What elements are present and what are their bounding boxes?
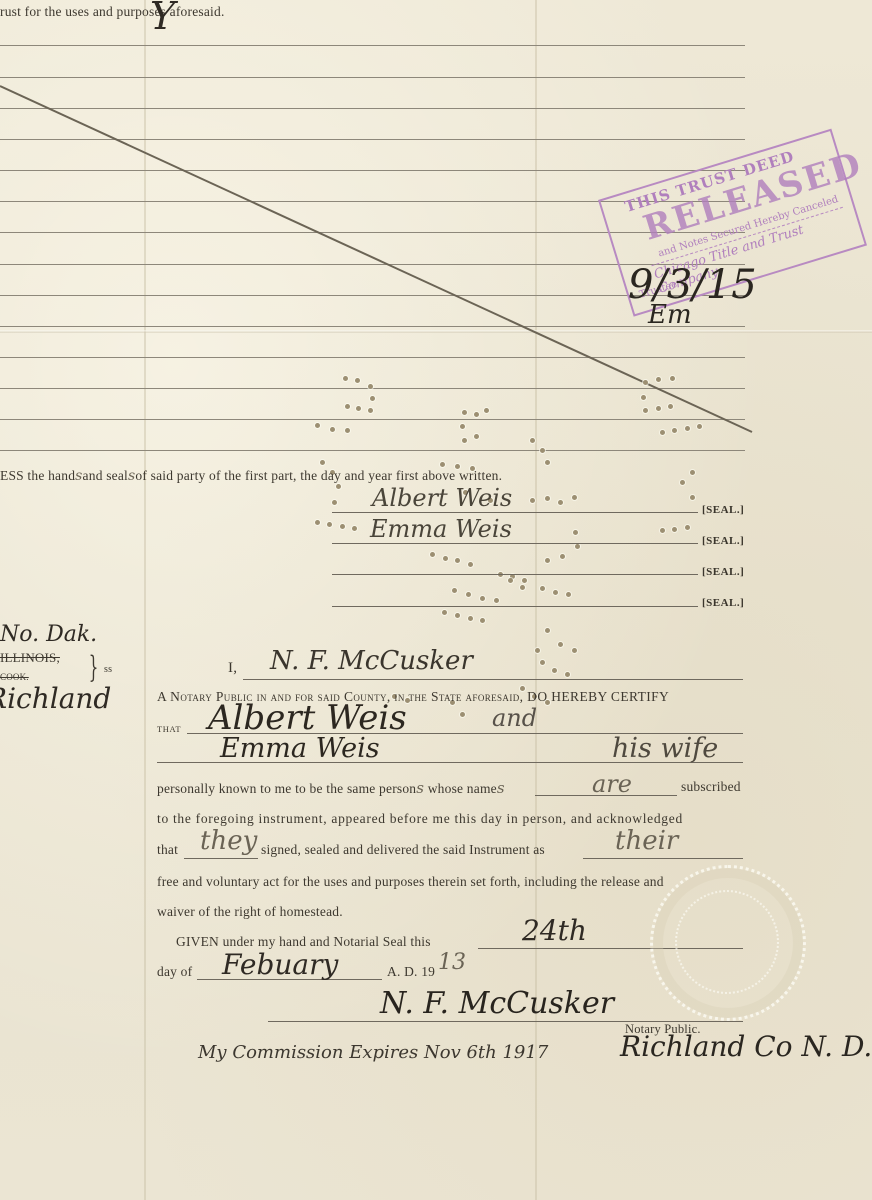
that-name-albert: Albert Weis [208, 698, 407, 738]
seal-label: [SEAL.] [702, 504, 744, 516]
seal-label: [SEAL.] [702, 535, 744, 547]
ss-label: ss [104, 664, 112, 675]
known-mark: s [497, 779, 505, 797]
given-day: 24th [522, 914, 587, 947]
that-label: THAT [157, 724, 181, 734]
stamp-handwritten-initials: Em [648, 300, 692, 330]
venue-county-printed: COOK. [0, 672, 29, 682]
waiver-line: waiver of the right of homestead. [157, 904, 343, 920]
notarial-seal-emboss-inner [675, 890, 779, 994]
notary-name-handwritten: N. F. McCusker [270, 646, 473, 676]
personally-known-line: personally known to me to be the same pe… [157, 779, 505, 797]
signature-albert-weis: Albert Weis [372, 484, 512, 512]
known-text: personally known to me to be the same pe… [157, 781, 416, 796]
known-mark: s [416, 779, 424, 797]
venue-county-handwritten: Richland [0, 682, 111, 715]
witness-text: of said party of the first part, the day… [135, 468, 502, 483]
venue-state-printed: ILLINOIS, [0, 650, 60, 666]
his-wife: his wife [612, 733, 718, 764]
signature-emma-weis: Emma Weis [370, 515, 512, 543]
venue-state-handwritten: No. Dak. [0, 622, 97, 647]
day-of-label: day of [157, 964, 192, 980]
that-lower: that [157, 842, 178, 858]
commission-location: Richland Co N. D. [620, 1030, 872, 1063]
witness-text: and seal [83, 468, 128, 483]
signed-text: signed, sealed and delivered the said In… [261, 842, 545, 858]
witness-text: ESS the hand [0, 468, 75, 483]
free-voluntary-line: free and voluntary act for the uses and … [157, 874, 664, 890]
notary-signature: N. F. McCusker [380, 986, 614, 1021]
are-fill: are [592, 770, 632, 798]
that-name-and: and [492, 704, 537, 732]
witness-clause: ESS the handsand sealsof said party of t… [0, 468, 502, 484]
subscribed-text: subscribed [681, 779, 741, 795]
they-fill: they [200, 826, 257, 856]
their-fill: their [615, 826, 678, 856]
ad-label: A. D. 19 [387, 964, 435, 980]
foregoing-line: to the foregoing instrument, appeared be… [157, 811, 683, 827]
known-text: whose name [428, 781, 497, 796]
brace: } [89, 650, 99, 685]
commission-note: My Commission Expires Nov 6th 1917 [198, 1042, 548, 1063]
that-name-emma: Emma Weis [220, 733, 380, 764]
notary-intro: I, [228, 660, 237, 677]
witness-mark: s [75, 468, 82, 484]
seal-label: [SEAL.] [702, 566, 744, 578]
year-fill: 13 [438, 950, 466, 975]
month-fill: Febuary [222, 948, 338, 981]
seal-label: [SEAL.] [702, 597, 744, 609]
